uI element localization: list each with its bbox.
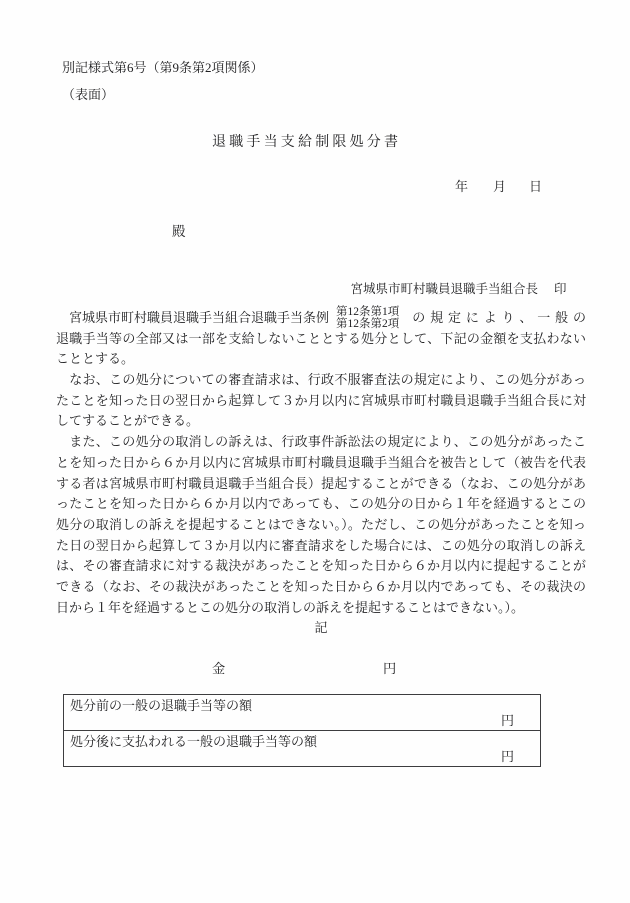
body-line: た日の翌日から起算して３か月以内に審査請求をした場合には、この処分の取消しの訴え bbox=[56, 536, 586, 557]
body-line: 処分の取消しの訴えを提起することはできない。）。ただし、この処分があったことを知… bbox=[56, 515, 586, 536]
document-page: 別記様式第6号（第9条第2項関係） （表面） 退職手当支給制限処分書 年 月 日… bbox=[0, 0, 630, 903]
row-label: 処分後に支払われる一般の退職手当等の額 bbox=[70, 734, 317, 749]
ki-heading: 記 bbox=[56, 618, 586, 639]
body-line: できる（なお、その裁決があったことを知った日から６か月以内であっても、その裁決の bbox=[56, 577, 586, 598]
document-title: 退職手当支給制限処分書 bbox=[212, 131, 401, 151]
body-line: たことを知った日の翌日から起算して３か月以内に宮城県市町村職員退職手当組合長に対 bbox=[56, 391, 586, 412]
clause-stack: 第12条第1項 第12条第2項 bbox=[336, 306, 399, 331]
date-year-label: 年 bbox=[455, 176, 468, 195]
body-line: してすることができる。 bbox=[56, 411, 586, 432]
body-line: また、この処分の取消しの訴えは、行政事件訴訟法の規定により、この処分があったこ bbox=[56, 432, 586, 453]
body-line: こととする。 bbox=[56, 349, 586, 370]
body-line: とを知った日から６か月以内に宮城県市町村職員退職手当組合を被告として（被告を代表 bbox=[56, 453, 586, 474]
row-label: 処分前の一般の退職手当等の額 bbox=[70, 698, 252, 713]
row-unit: 円 bbox=[501, 749, 514, 764]
date-day-label: 日 bbox=[529, 176, 542, 195]
seal-mark: 印 bbox=[554, 282, 567, 296]
body-line: 宮城県市町村職員退職手当組合退職手当条例 第12条第1項 第12条第2項 の規定… bbox=[56, 308, 586, 329]
addressee-suffix: 殿 bbox=[172, 220, 186, 240]
body-line: なお、この処分についての審査請求は、行政不服審査法の規定により、この処分があっ bbox=[56, 370, 586, 391]
body-line1-prefix: 宮城県市町村職員退職手当組合退職手当条例 bbox=[56, 308, 329, 329]
form-number: 別記様式第6号（第9条第2項関係） bbox=[62, 60, 264, 75]
table-row: 処分前の一般の退職手当等の額 円 bbox=[64, 695, 540, 730]
issuer-line: 宮城県市町村職員退職手当組合長印 bbox=[338, 264, 567, 312]
amount-yen-label: 円 bbox=[383, 658, 396, 677]
side-label: （表面） bbox=[62, 87, 114, 102]
body-line: 日から１年を経過するとこの処分の取消しの訴えを提起することはできない。）。 bbox=[56, 598, 586, 619]
amount-kin-label: 金 bbox=[212, 658, 225, 677]
amount-table: 処分前の一般の退職手当等の額 円 処分後に支払われる一般の退職手当等の額 円 bbox=[63, 694, 541, 767]
body-line: する者は宮城県市町村職員退職手当組合長）提起することができる（なお、この処分があ bbox=[56, 474, 586, 495]
issuer-name: 宮城県市町村職員退職手当組合長 bbox=[351, 282, 539, 296]
body-line: 退職手当等の全部又は一部を支給しないこととする処分として、下記の金額を支払わない bbox=[56, 329, 586, 350]
body-line: は、その審査請求に対する裁決があったことを知った日から６か月以内に提起することが bbox=[56, 556, 586, 577]
body-line: ったことを知った日から６か月以内であっても、この処分の日から１年を経過するとこの bbox=[56, 494, 586, 515]
table-row: 処分後に支払われる一般の退職手当等の額 円 bbox=[64, 730, 540, 766]
row-unit: 円 bbox=[501, 713, 514, 728]
body-text: 宮城県市町村職員退職手当組合退職手当条例 第12条第1項 第12条第2項 の規定… bbox=[56, 308, 586, 639]
body-line1-suffix: の規定により、一般の bbox=[412, 308, 586, 329]
clause-upper: 第12条第1項 bbox=[336, 306, 399, 319]
date-month-label: 月 bbox=[493, 176, 506, 195]
